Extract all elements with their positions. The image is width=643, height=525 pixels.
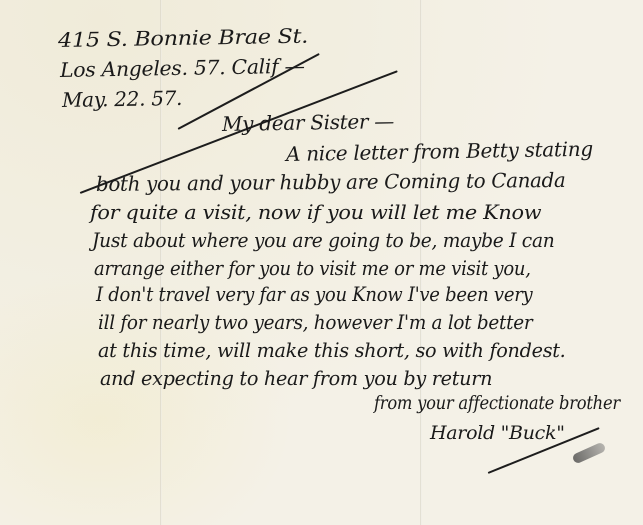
body-line: both you and your hubby are Coming to Ca… bbox=[96, 168, 566, 196]
address-line-city: Los Angeles. 57. Calif — bbox=[60, 54, 305, 82]
salutation: My dear Sister — bbox=[222, 109, 394, 136]
body-line: arrange either for you to visit me or me… bbox=[94, 256, 531, 280]
body-line: at this time, will make this short, so w… bbox=[98, 338, 566, 362]
body-line: ill for nearly two years, however I'm a … bbox=[98, 310, 532, 334]
letter-date: May. 22. 57. bbox=[62, 86, 183, 112]
signature: Harold "Buck" bbox=[430, 422, 565, 444]
body-line: I don't travel very far as you Know I've… bbox=[96, 282, 532, 306]
address-line-street: 415 S. Bonnie Brae St. bbox=[58, 24, 308, 52]
body-line: Just about where you are going to be, ma… bbox=[92, 228, 554, 252]
closing: from your affectionate brother bbox=[374, 392, 620, 414]
letter-page: 415 S. Bonnie Brae St. Los Angeles. 57. … bbox=[0, 0, 643, 525]
body-line: and expecting to hear from you by return bbox=[100, 366, 492, 390]
ink-smudge bbox=[571, 442, 606, 465]
body-line: A nice letter from Betty stating bbox=[286, 137, 593, 166]
body-line: for quite a visit, now if you will let m… bbox=[90, 200, 541, 224]
